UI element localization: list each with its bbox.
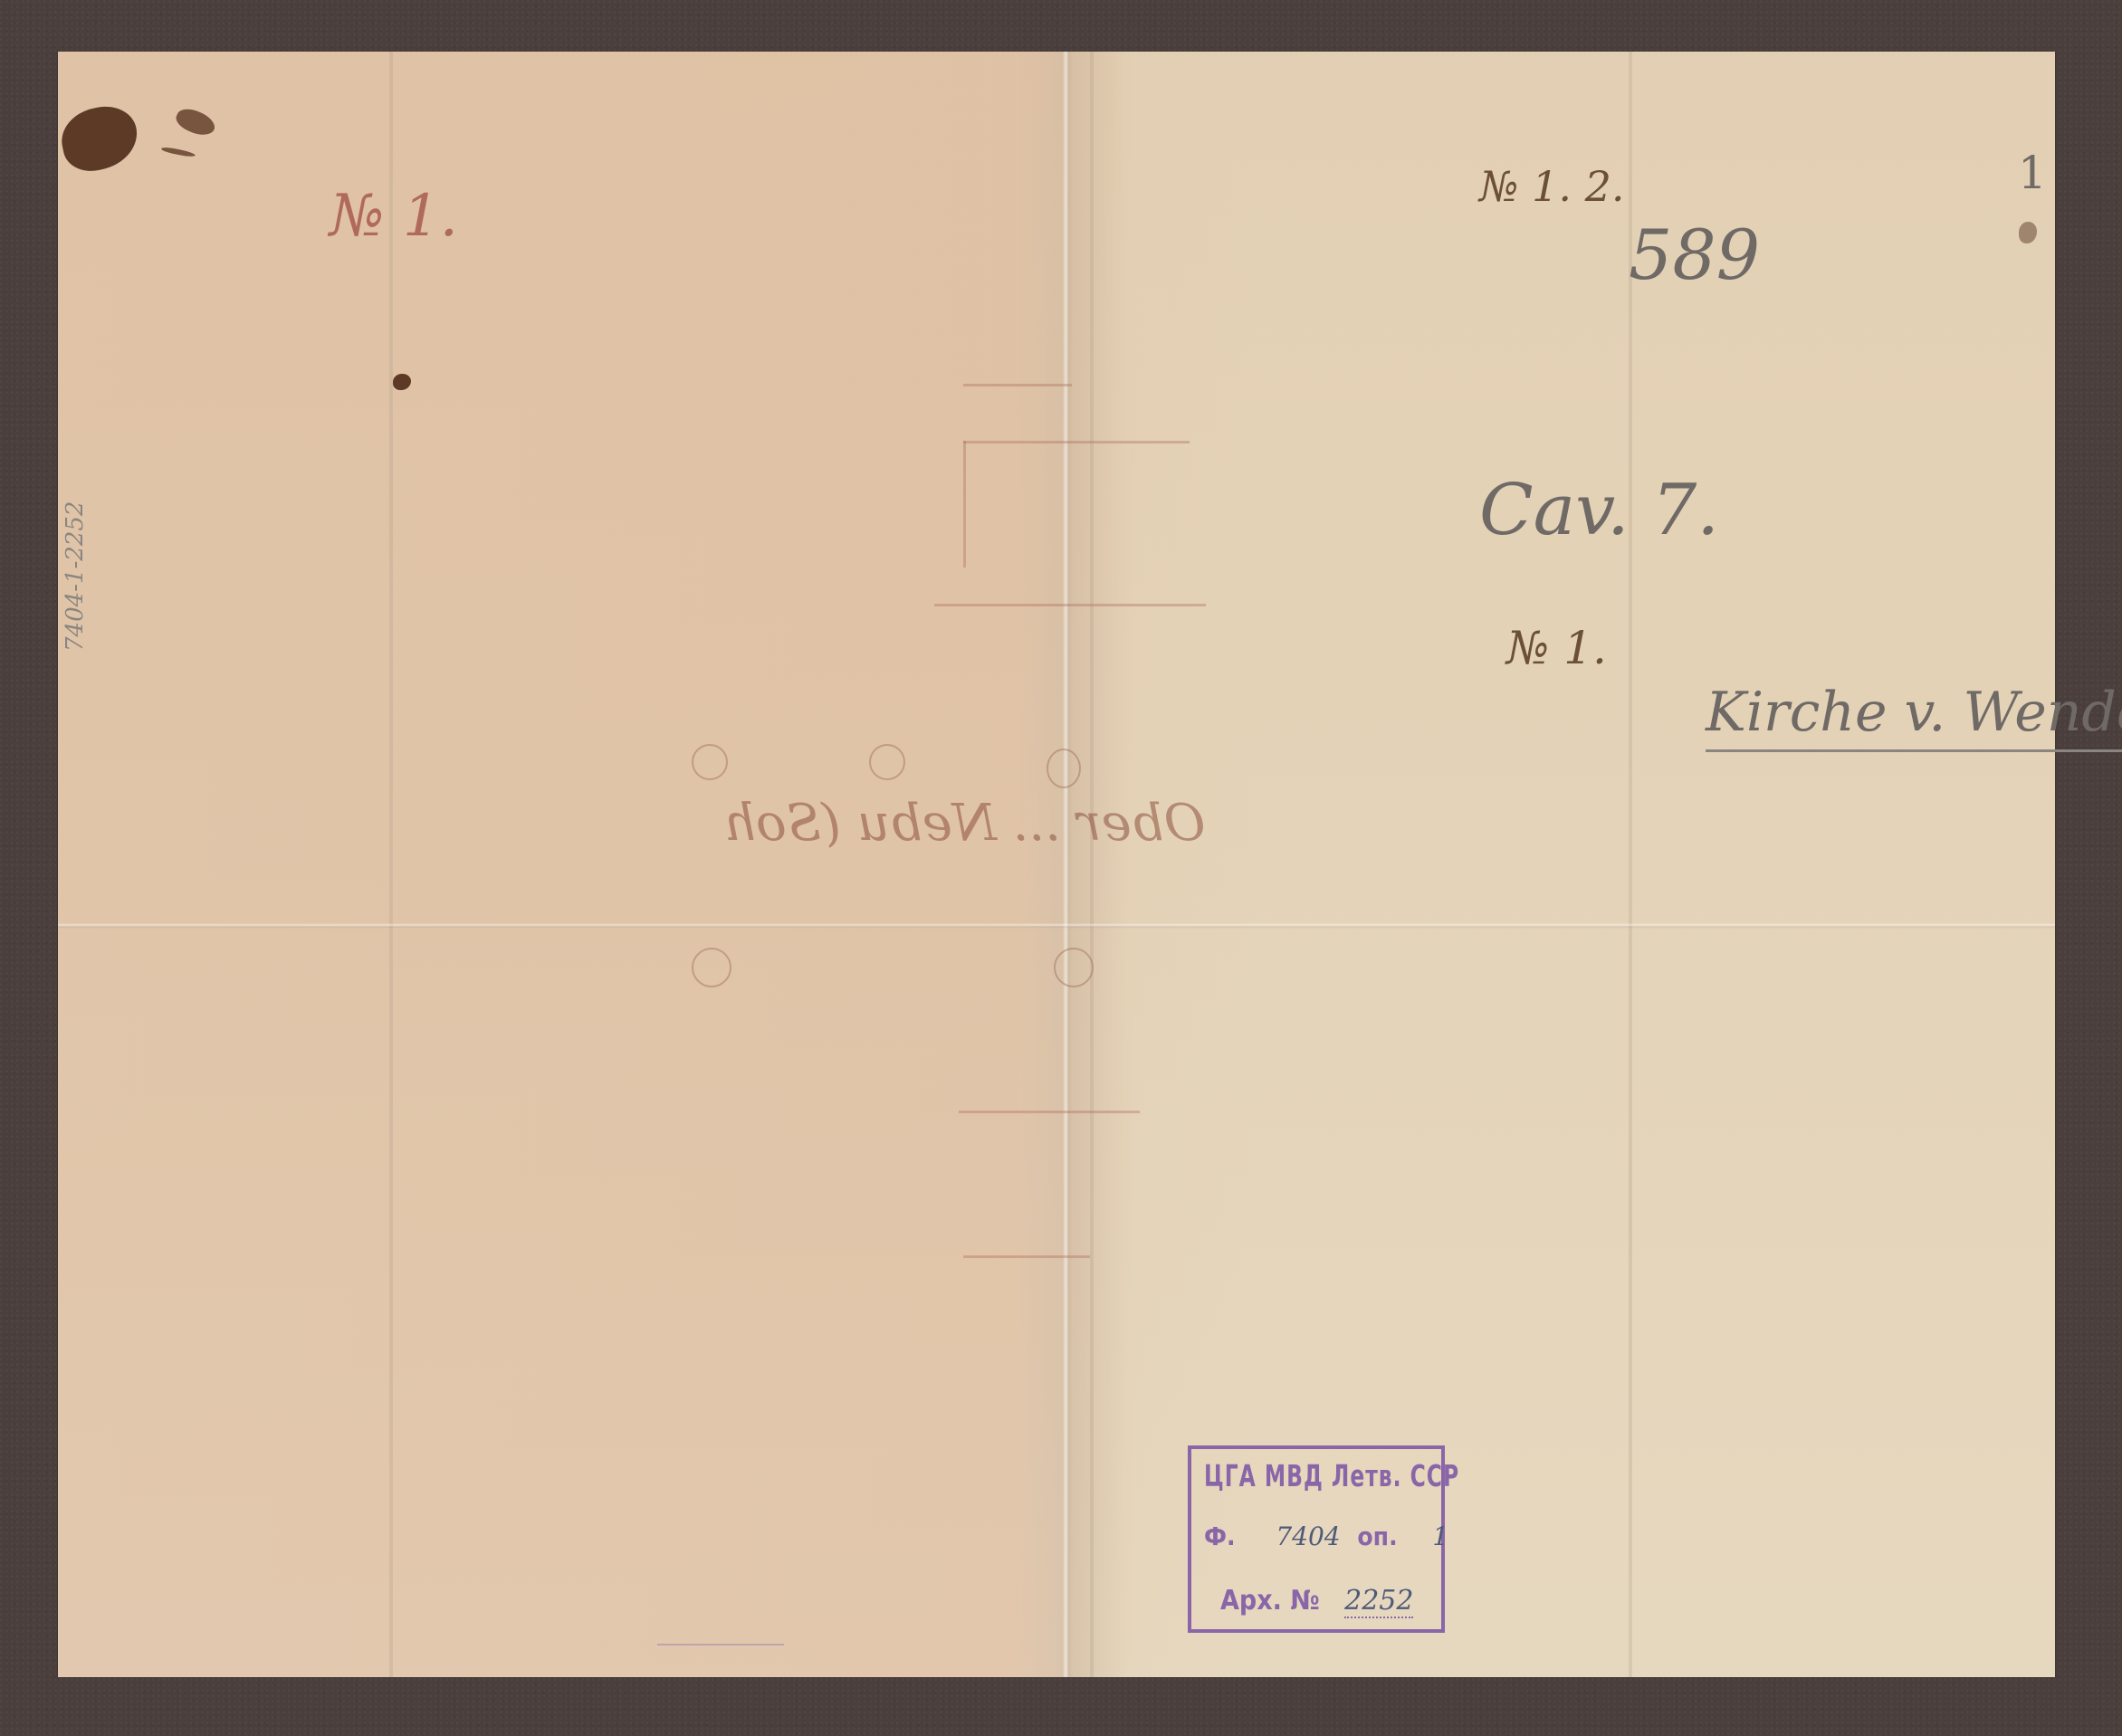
- pencil-label: Cav. 7.: [1479, 470, 1719, 551]
- folded-band-shadow: [1018, 52, 1126, 1677]
- stamp-archive-label: Арх. №: [1220, 1585, 1320, 1617]
- mirrored-show-through-text: Ober ... Nebu (Soh: [723, 794, 1206, 853]
- ghost-drawing-line: [963, 384, 1072, 386]
- stamp-archive-name: ЦГА МВД Летв. ССР: [1204, 1460, 1459, 1494]
- ghost-circle: [869, 744, 905, 780]
- pencil-number: 589: [1629, 215, 1760, 295]
- stamp-fond-label: Ф.: [1204, 1521, 1236, 1551]
- brown-ink-number: № 1. 2.: [1479, 162, 1625, 211]
- ink-stain-streak: [161, 146, 196, 158]
- archive-stamp: ЦГА МВД Летв. ССР Ф. 7404 оп. 1 Арх. № 2…: [1188, 1445, 1445, 1633]
- faint-small-stamp: [657, 1631, 784, 1645]
- ink-number-secondary: № 1.: [1506, 622, 1607, 674]
- stamp-fond-number: 7404: [1276, 1521, 1340, 1551]
- ghost-drawing-line: [963, 441, 966, 568]
- ink-stain-large: [56, 100, 143, 176]
- ghost-circle: [692, 948, 731, 987]
- stamp-archive-number: 2252: [1344, 1585, 1413, 1618]
- ghost-drawing-line: [959, 1111, 1140, 1113]
- fold-line-vertical-right: [1629, 52, 1632, 1677]
- fold-line-horizontal: [58, 923, 2055, 929]
- stamp-archive-row: Арх. № 2252: [1204, 1585, 1413, 1617]
- page-number: 1: [2018, 147, 2047, 199]
- fold-line-vertical-center-2: [1090, 52, 1094, 1677]
- fold-line-vertical-center: [1063, 52, 1072, 1677]
- ink-dot: [393, 374, 411, 390]
- ghost-drawing-line: [963, 1255, 1090, 1258]
- ghost-circle: [692, 744, 728, 780]
- stamp-opis-number: 1: [1432, 1521, 1448, 1551]
- ink-spot-right: [2019, 222, 2037, 243]
- red-ink-number: № 1.: [330, 183, 458, 250]
- ink-stain-drip: [173, 104, 218, 140]
- document-sheet: Ober ... Nebu (Soh № 1. № 1. 2. 589 1 Ca…: [58, 52, 2055, 1677]
- ghost-drawing-line: [934, 604, 1206, 606]
- margin-vertical-note: 7404-1-2252: [62, 501, 89, 652]
- stamp-opis-label: оп.: [1357, 1521, 1397, 1551]
- ghost-drawing-line: [963, 441, 1190, 444]
- ghost-circle: [1054, 948, 1094, 987]
- pencil-caption: Kirche v. Wende: [1706, 681, 2122, 752]
- fold-line-vertical-left: [389, 52, 393, 1677]
- ghost-circle: [1047, 749, 1081, 788]
- stamp-fond-row: Ф. 7404 оп. 1: [1204, 1521, 1448, 1551]
